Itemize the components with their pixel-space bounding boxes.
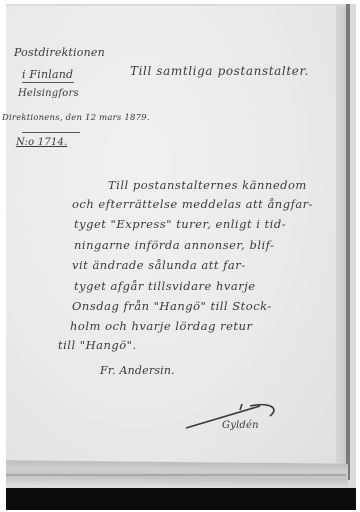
letterhead-line2: i Finland (22, 68, 73, 81)
letterhead-line3: Helsingfors (18, 88, 79, 99)
body-line: tyget "Express" turer, enligt i tid- (74, 217, 286, 231)
scan-background (6, 488, 356, 510)
body-line: vit ändrade sålunda att far- (72, 258, 246, 272)
countersign: Fr. Andersin. (100, 364, 175, 377)
body-line: Onsdag från "Hangö" till Stock- (72, 299, 272, 313)
letterhead-rule (22, 82, 74, 83)
signature: Gyldén (222, 420, 259, 431)
body-line: ningarne införda annonser, blif- (74, 238, 274, 252)
document-number: N:o 1714. (16, 137, 67, 148)
body-line: till "Hangö". (58, 338, 137, 352)
body-line: och efterrättelse meddelas att ångfar- (72, 197, 313, 211)
body-line: tyget afgår tillsvidare hvarje (74, 279, 256, 293)
binding-line (6, 474, 346, 476)
body-line: holm och hvarje lördag retur (70, 319, 252, 333)
salutation: Till samtliga postanstalter. (130, 64, 309, 78)
body-line: Till postanstalternes kännedom (108, 178, 307, 192)
letterhead-line1: Postdirektionen (14, 46, 105, 59)
page-edge-shadow (346, 4, 350, 480)
letterhead-rule-2 (22, 132, 80, 133)
letterhead-date: Direktionens, den 12 mars 1879. (2, 113, 150, 123)
